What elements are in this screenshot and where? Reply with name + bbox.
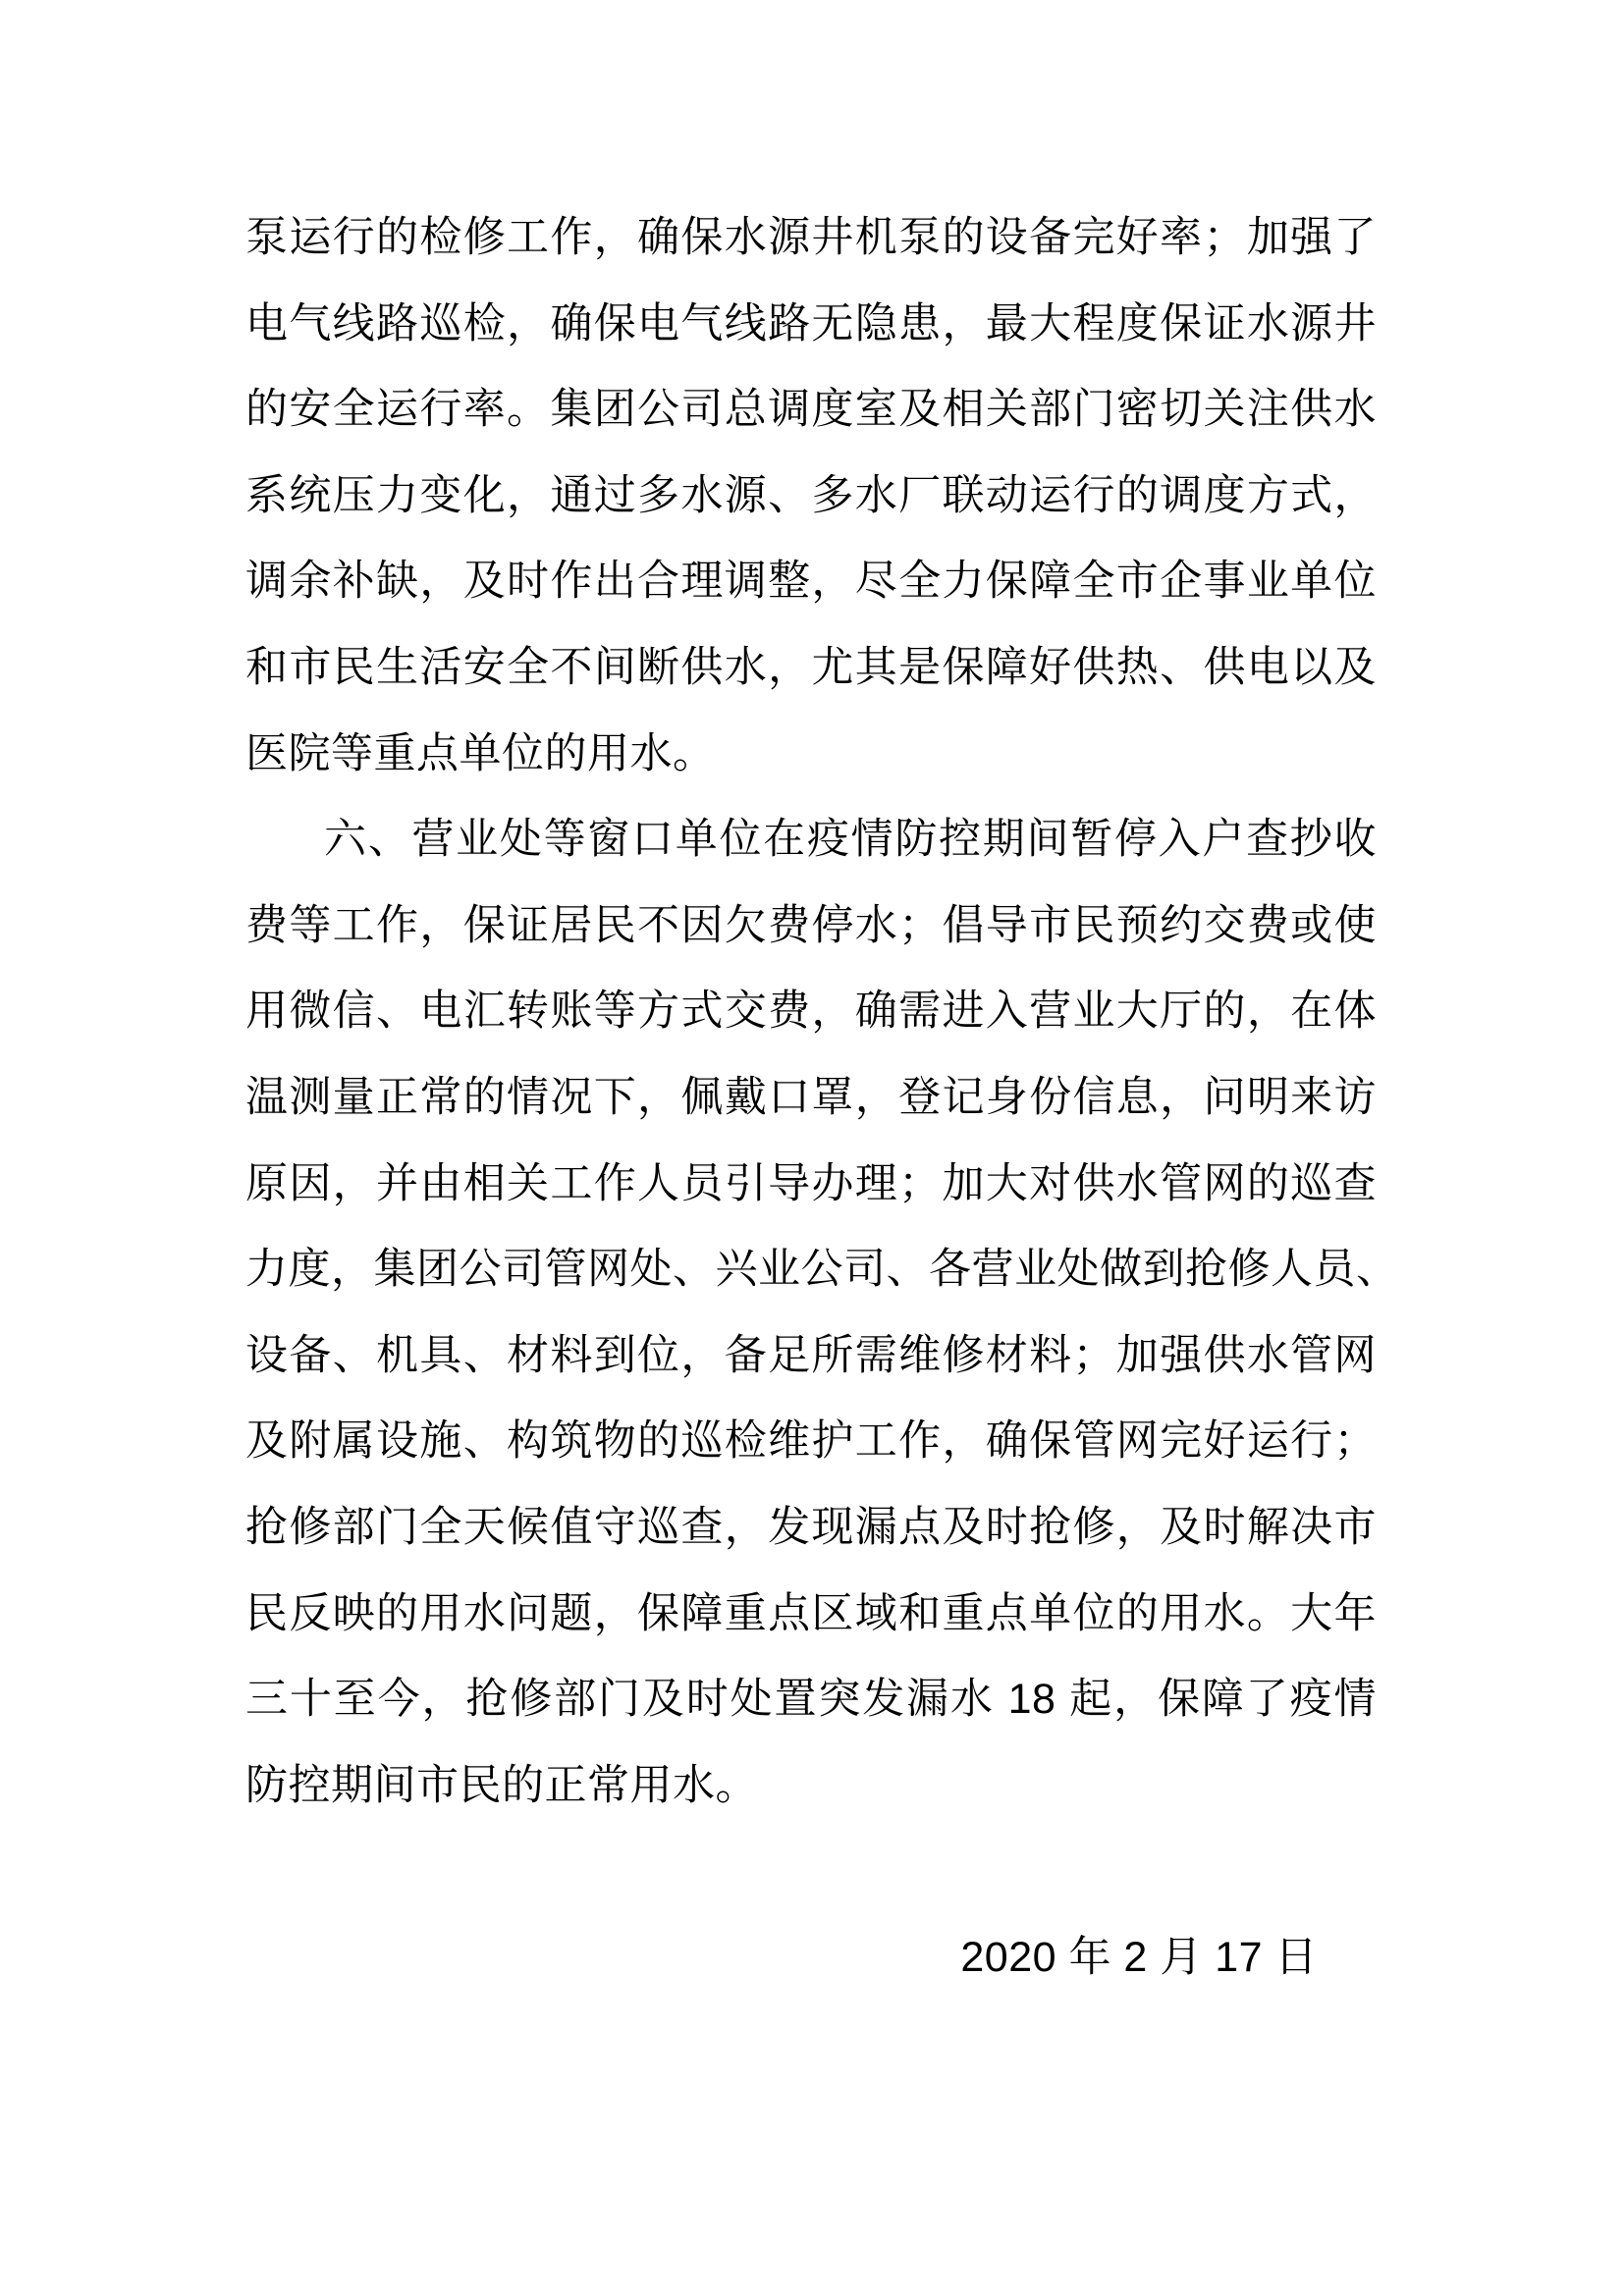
- body-text-line: 防控期间市民的正常用水。: [245, 1743, 1377, 1830]
- body-text-line: 及附属设施、构筑物的巡检维护工作，确保管网完好运行；: [245, 1399, 1377, 1485]
- date-line: 2020 年 2 月 17 日: [245, 1915, 1377, 2002]
- body-text-line: 力度，集团公司管网处、兴业公司、各营业处做到抢修人员、: [245, 1227, 1377, 1313]
- body-text-line: 用微信、电汇转账等方式交费，确需进入营业大厅的，在体: [245, 969, 1377, 1055]
- body-text-line: 医院等重点单位的用水。: [245, 712, 1377, 798]
- body-text-line: 调余补缺，及时作出合理调整，尽全力保障全市企事业单位: [245, 539, 1377, 625]
- document-body: 泵运行的检修工作，确保水源井机泵的设备完好率；加强了 电气线路巡检，确保电气线路…: [245, 195, 1377, 2001]
- document-page: 泵运行的检修工作，确保水源井机泵的设备完好率；加强了 电气线路巡检，确保电气线路…: [0, 0, 1624, 2296]
- body-text-line: 民反映的用水问题，保障重点区域和重点单位的用水。大年: [245, 1572, 1377, 1658]
- body-text-line: 抢修部门全天候值守巡查，发现漏点及时抢修，及时解决市: [245, 1485, 1377, 1572]
- paragraph-continuation: 泵运行的检修工作，确保水源井机泵的设备完好率；加强了 电气线路巡检，确保电气线路…: [245, 195, 1377, 797]
- body-text-line: 电气线路巡检，确保电气线路无隐患，最大程度保证水源井: [245, 282, 1377, 368]
- body-text-line: 设备、机具、材料到位，备足所需维修材料；加强供水管网: [245, 1313, 1377, 1400]
- body-text-line: 温测量正常的情况下，佩戴口罩，登记身份信息，问明来访: [245, 1055, 1377, 1142]
- body-text-line: 三十至今，抢修部门及时处置突发漏水 18 起，保障了疫情: [245, 1657, 1377, 1743]
- body-text-line: 和市民生活安全不间断供水，尤其是保障好供热、供电以及: [245, 625, 1377, 712]
- body-text-line: 泵运行的检修工作，确保水源井机泵的设备完好率；加强了: [245, 195, 1377, 282]
- body-text-line: 原因，并由相关工作人员引导办理；加大对供水管网的巡查: [245, 1142, 1377, 1228]
- body-text-line: 系统压力变化，通过多水源、多水厂联动运行的调度方式，: [245, 454, 1377, 540]
- paragraph-item-six: 六、营业处等窗口单位在疫情防控期间暂停入户查抄收 费等工作，保证居民不因欠费停水…: [245, 797, 1377, 1829]
- body-text-line: 费等工作，保证居民不因欠费停水；倡导市民预约交费或使: [245, 883, 1377, 970]
- body-text-line: 的安全运行率。集团公司总调度室及相关部门密切关注供水: [245, 367, 1377, 454]
- body-text-line: 六、营业处等窗口单位在疫情防控期间暂停入户查抄收: [245, 797, 1377, 883]
